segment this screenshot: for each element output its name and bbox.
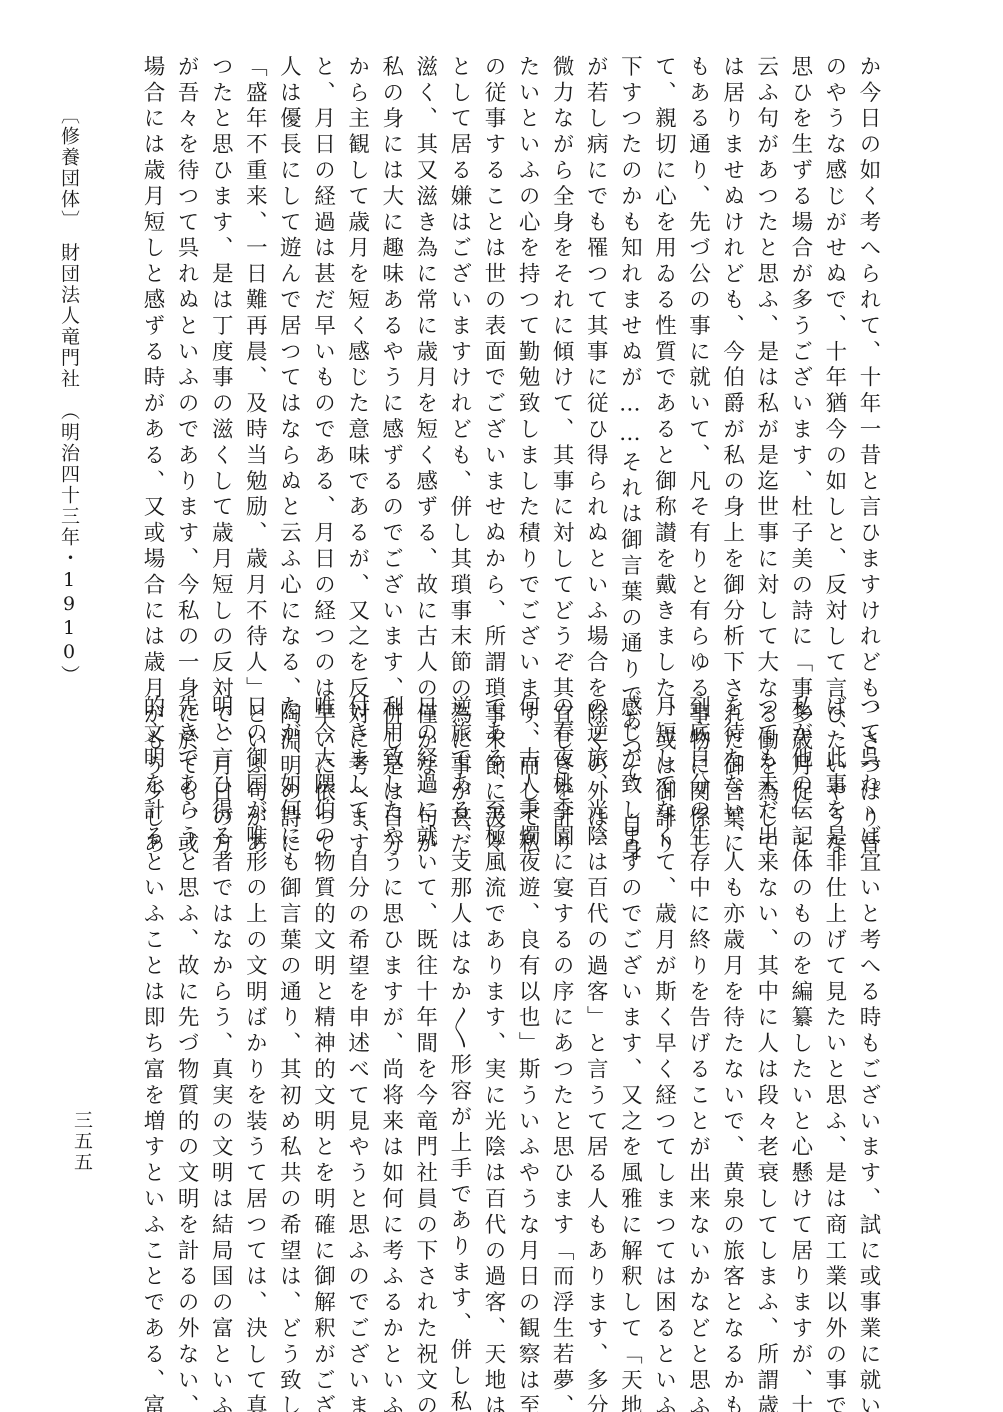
text-column: 私の身には大に趣味あるやうに感ずるのでございます、併し是は自分 [374,55,408,670]
text-column: を待たない、人も亦歳月を待たないで、黄泉の旅客となるかも知れぬ [715,695,749,1310]
text-column: のやうな感じがせぬで、十年猶今の如しと、反対して言ひたいやうな [817,55,851,670]
text-column: 思ひを生ずる場合が多うございます、杜子美の詩に「事多歳月促」と [783,55,817,670]
text-column: 到底自分の生存中に終りを告げることが出来ないかなどと思ふと、歳 [680,695,714,1310]
text-column: として居る嫌はございますけれども、併し其瑣事末節の為に事が甚だ [442,55,476,670]
page-number: 三五五 [69,1110,96,1173]
text-column: つたと思ひます、是は丁度事の滋くして歳月短しの反対で、月日の方 [203,55,237,670]
text-column: 付きまして、自分の希望を申述べて見やうと思ふのでございます。 [340,695,374,1310]
text-column: の春夜桃李園に宴するの序にあつたと思ひます「而浮生若夢、為懽幾 [544,695,578,1310]
text-column: の従事することは世の表面でございませぬから、所謂瑣事末節に汲々 [476,55,510,670]
text-column: 感じが致しますのでございます、又之を風雅に解釈して「天地は万物 [612,695,646,1310]
text-column: 滋く、其又滋き為に常に歳月を短く感ずる、故に古人の僅かな一句が [408,55,442,670]
text-column: たいといふの心を持つて勤勉致しました積りでございます、而して私 [510,55,544,670]
text-column: 人は優長にして遊んで居つてはならぬと云ふ心になる、陶淵明の詩に [271,55,305,670]
text-column: つて呉れゝば宜いと考へる時もございます、試に或事業に就いて申せ [851,695,885,1310]
text-column: 月短しでなくて、歳月が斯く早く経つてしまつては困るといふやうな [646,695,680,1310]
text-column: が吾々を待つて呉れぬといふのであります、今私の一身に於ても、或 [169,55,203,670]
text-column: 下すつたのかも知れませぬが……それは御言葉の通りであつて、自身 [612,55,646,670]
text-column: 明と言ひ得る者ではなからう、真実の文明は結局国の富といふことが [203,695,237,1310]
text-column: 場合には歳月短しと感ずる時がある、又或場合には歳月がもう少しあ [135,55,169,670]
text-column: 微力ながら全身をそれに傾けて、其事に対してどうぞ其宜しきを計り [544,55,578,670]
text-column: つても未だ出来ない、其中に人は段々老衰してしまふ、所謂歳月が人 [749,695,783,1310]
text-column: から主観して歳月を短く感じた意味であるが、又之を反対に考へます [340,55,374,670]
text-column: て、親切に心を用ゐる性質であると御称讃を戴きました、或は御誹り [646,55,680,670]
lower-text-block: つて呉れゝば宜いと考へる時もございます、試に或事業に就いて申せ ば、此事を是非仕… [135,695,885,1310]
text-column: 「盛年不重来、一日難再晨、及時当勉励、歳月不待人」といふ句があ [237,55,271,670]
text-column: ば、此事を是非仕上げて見たいと思ふ、是は商工業以外の事で、予て [817,695,851,1310]
text-column: 私が他の伝記体のものを編纂したいと心懸けて居りますが、十数年経 [783,695,817,1310]
text-column: たが、如何にも御言葉の通り、其初め私共の希望は、どう致しても今 [271,695,305,1310]
text-column: である、至極風流であります、実に光陰は百代の過客、天地は万物の [476,695,510,1310]
text-column: 先きであらうと思ふ、故に先づ物質的の文明を計るの外ない、此物質 [169,695,203,1310]
upper-text-block: か今日の如く考へられて、十年一昔と言ひますけれども、さつぱり昔 のやうな感じがせ… [135,55,885,670]
text-column: と、月日の経過は甚だ早いものである、月日の経つのは早いに依つて [305,55,339,670]
text-column: 唯今大隈伯の物質的文明と精神的文明とを明確に御解釈がございまし [305,695,339,1310]
text-column: か今日の如く考へられて、十年一昔と言ひますけれども、さつぱり昔 [851,55,885,670]
text-column: 日の経過に就いて、既往十年間を今竜門社員の下された祝文の如くに [408,695,442,1310]
text-column: 逆旅である、支那人はなか〳〵形容が上手であります、併し私は此月 [442,695,476,1310]
text-column: 日の御国が唯形の上の文明ばかりを装うて居つては、決して真実な文 [237,695,271,1310]
text-column: が若し病にでも罹つて其事に従ひ得られぬといふ場合を除くの外は、 [578,55,612,670]
text-column: 利用致したやうに思ひますが、尚将来は如何に考ふるかといふことに [374,695,408,1310]
text-column: 的文明を計るといふことは即ち富を増すといふことである、富を増す [135,695,169,1310]
text-column: 何、古人秉燭夜遊、良有以也」斯ういふやうな月日の観察は至極呑気 [510,695,544,1310]
text-column: 云ふ句があつたと思ふ、是は私が是迄世事に対して大なる働を為して [749,55,783,670]
text-column: もある通り、先づ公の事に就いて、凡そ有りと有らゆる事物に関係し [680,55,714,670]
text-column: は居りませぬけれども、今伯爵が私の身上を御分析下された御言葉に [715,55,749,670]
running-footer: 〔修養団体〕 財団法人竜門社 （明治四十三年・1910） [56,105,83,686]
text-column: の逆旅、光陰は百代の過客」と言うて居る人もあります、多分李泰白 [578,695,612,1310]
